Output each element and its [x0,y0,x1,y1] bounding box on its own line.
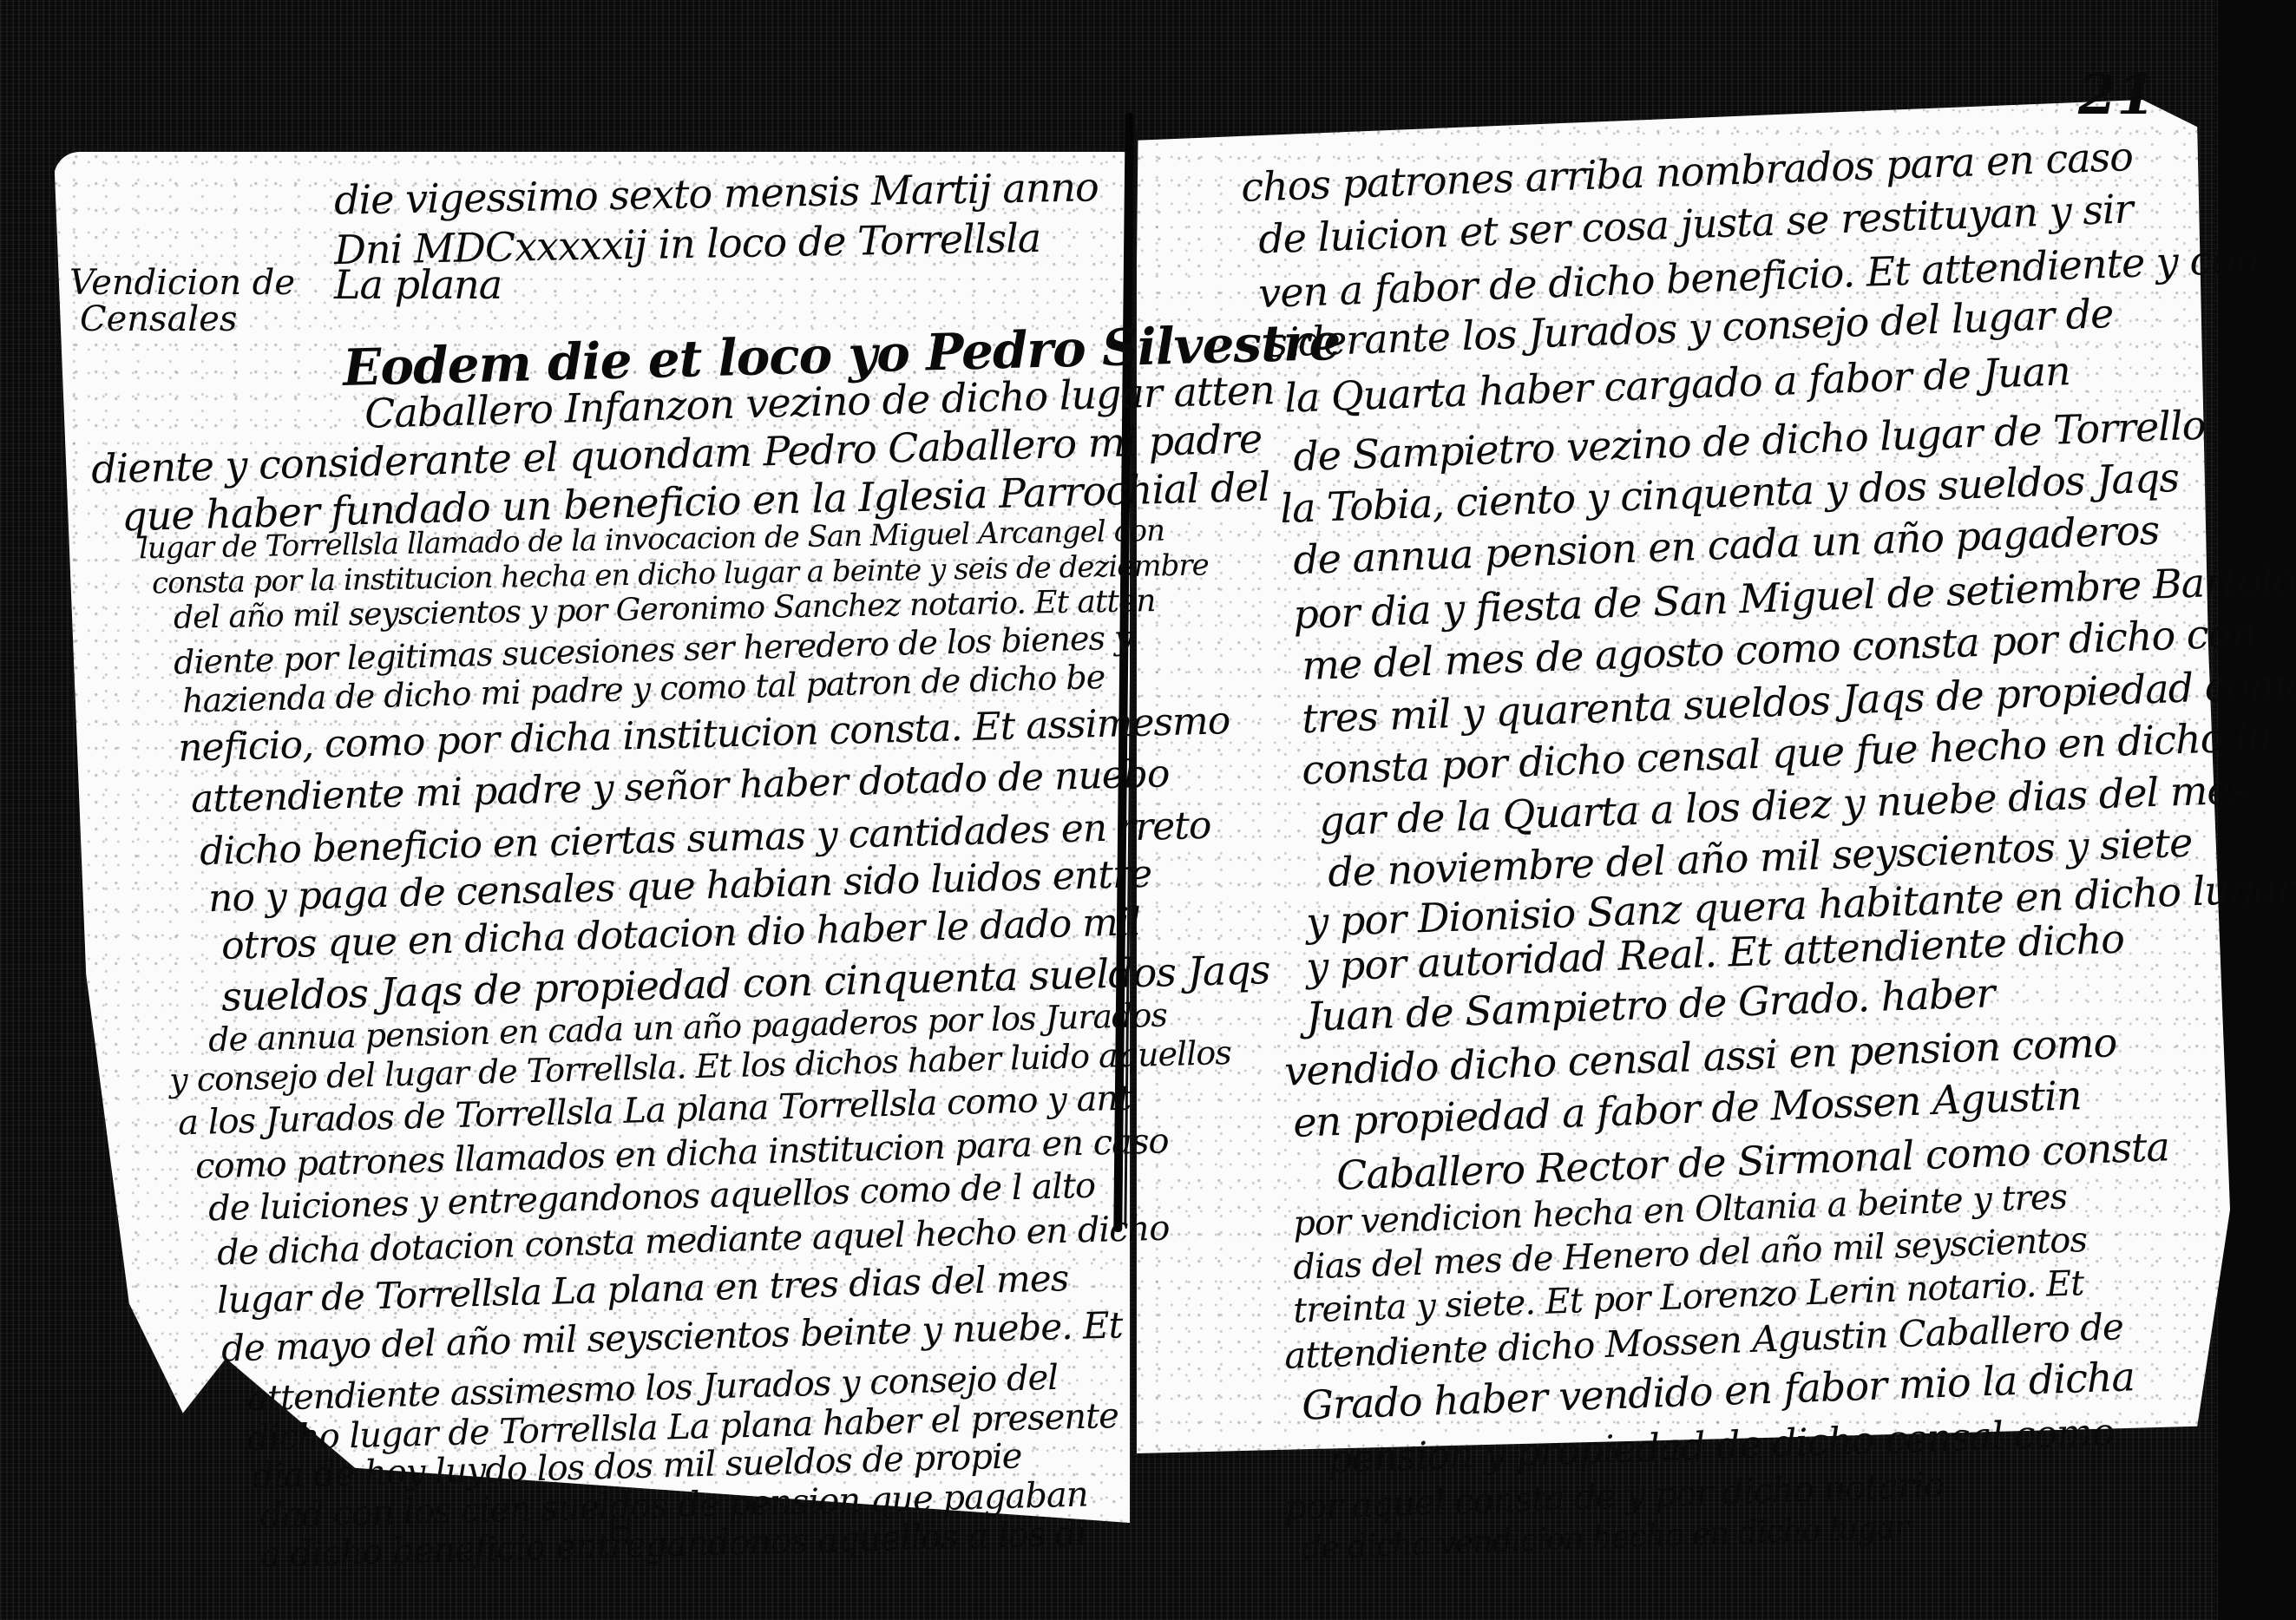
folio-number: 21 [2078,62,2155,128]
margin-note-line: Censales [69,301,295,338]
text-line: die vigessimo sexto mensis Martij anno [334,167,1099,220]
footer-mark: H [607,1510,633,1550]
manuscript-scan: 21 Vendicion de Censales die vigessimo s… [0,0,2296,1620]
text-line: La plana [334,265,502,305]
margin-note: Vendicion de Censales [69,265,295,338]
margin-note-line: Vendicion de [69,265,295,301]
